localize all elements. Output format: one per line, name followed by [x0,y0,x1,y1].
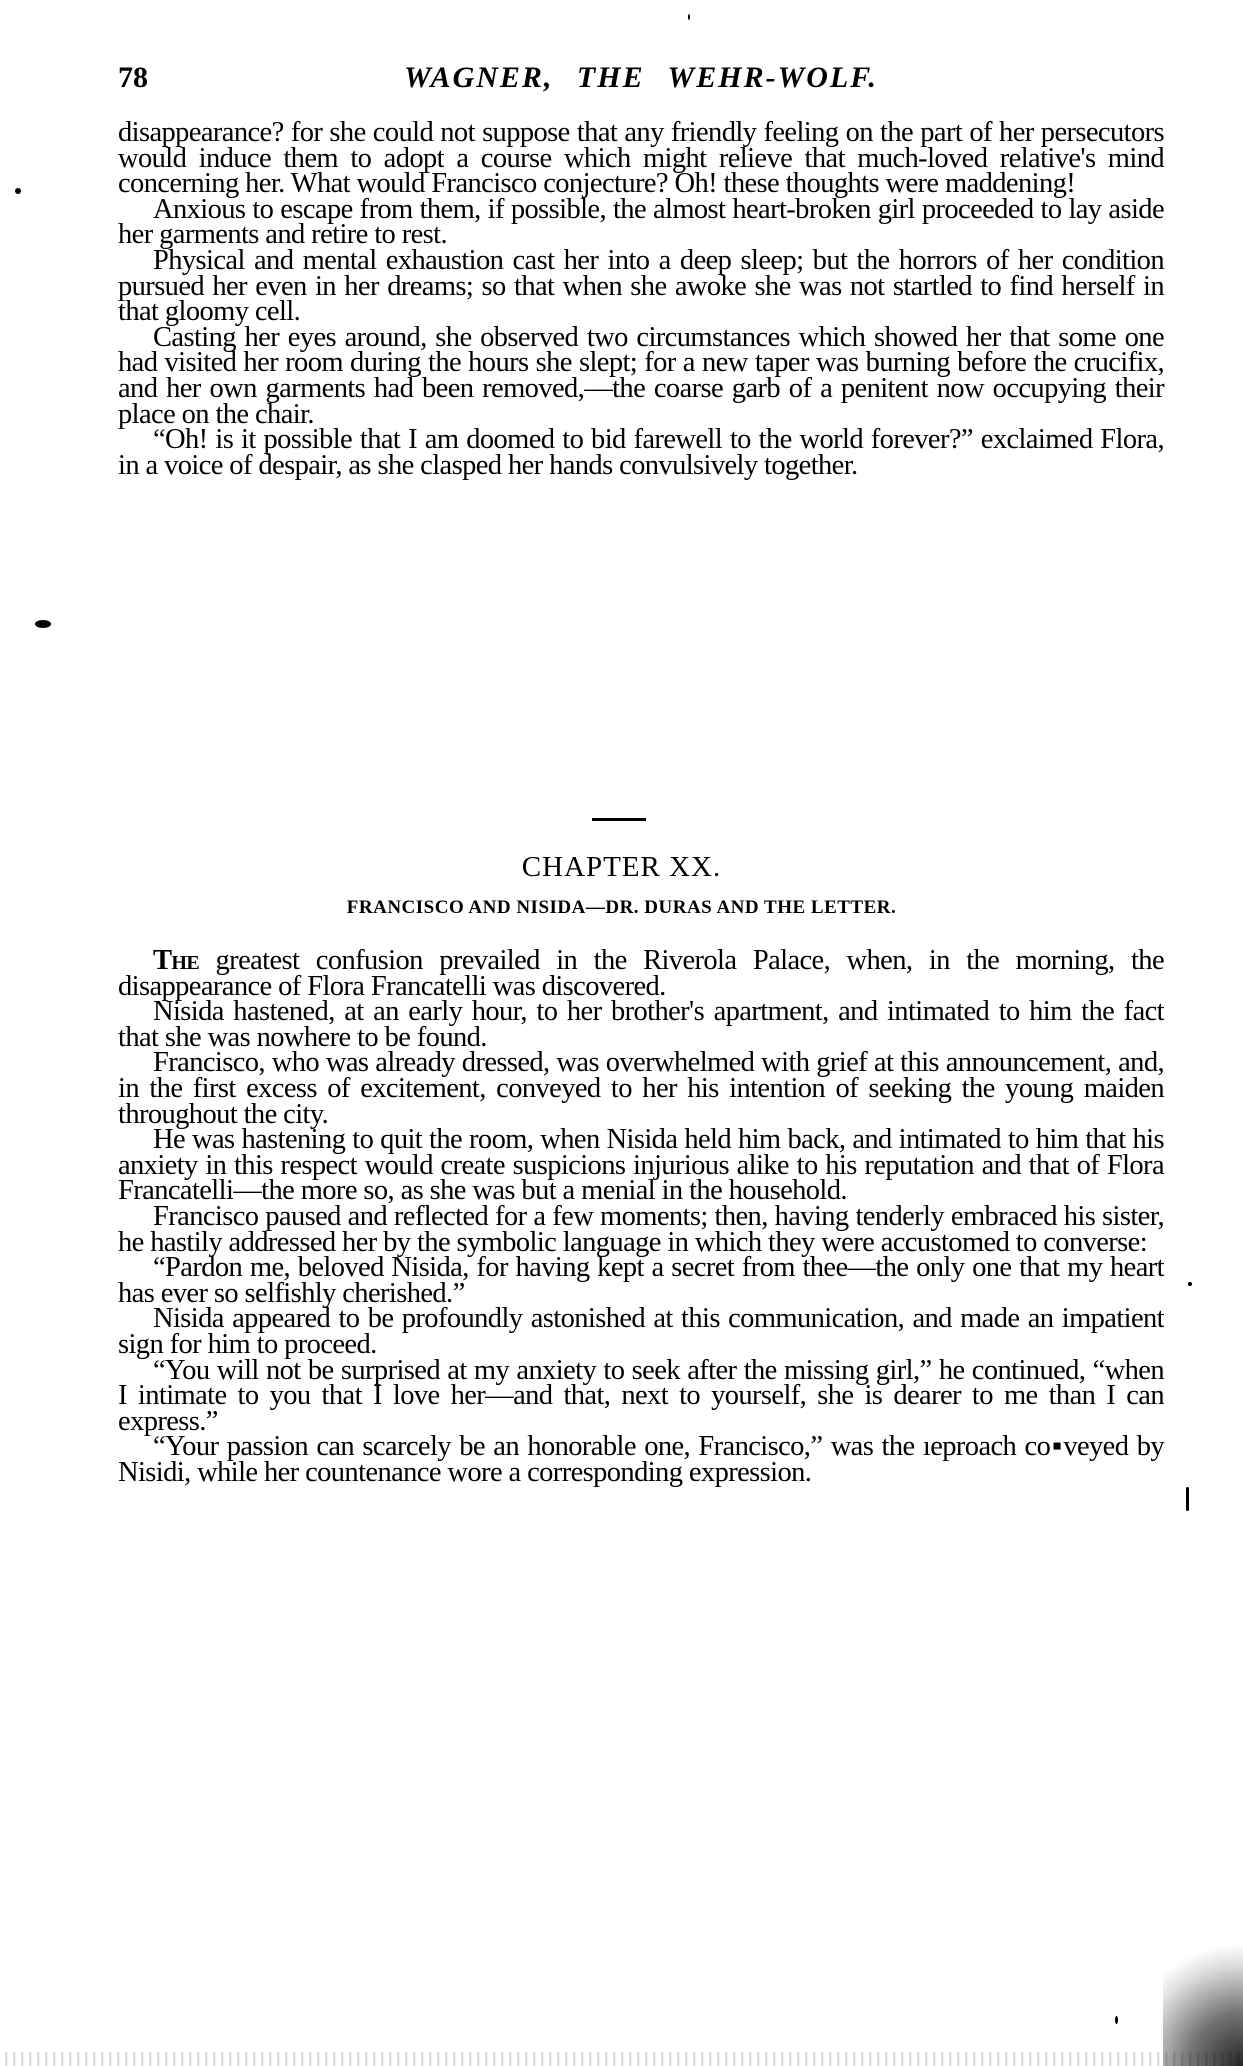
paragraph: He was hastening to quit the room, when … [118,1127,1164,1204]
paragraph: “Your passion can scarcely be an honorab… [118,1434,1164,1485]
paragraph: Francisco paused and reflected for a few… [118,1204,1164,1255]
running-title: WAGNER, THE WEHR-WOLF. [118,58,1164,98]
paragraph: Physical and mental exhaustion cast her … [118,248,1164,325]
paragraph: Nisida appeared to be profoundly astonis… [118,1306,1164,1357]
paragraph: Anxious to escape from them, if possible… [118,197,1164,248]
paragraph: “Pardon me, beloved Nisida, for having k… [118,1255,1164,1306]
chapter-text: The greatest confusion prevailed in the … [118,948,1164,1485]
paragraph: Nisida hastened, at an early hour, to he… [118,999,1164,1050]
section-divider-rule [592,818,646,821]
paragraph: Francisco, who was already dressed, was … [118,1050,1164,1127]
running-head: 78 WAGNER, THE WEHR-WOLF. [118,58,1164,98]
chapter-title: CHAPTER XX. [0,850,1243,884]
paragraph: “Oh! is it possible that I am doomed to … [118,427,1164,478]
scan-noise-corner [1163,1936,1243,2066]
scan-speck [35,620,51,628]
scan-speck [15,188,21,194]
previous-chapter-text: disappearance? for she could not suppose… [118,120,1164,478]
scan-speck [1188,1282,1192,1286]
scan-speck [1115,2016,1118,2024]
paragraph: “You will not be surprised at my anxiety… [118,1358,1164,1435]
paragraph-text: greatest confusion prevailed in the Rive… [118,945,1164,1002]
book-page: 78 WAGNER, THE WEHR-WOLF. disappearance?… [0,0,1243,2066]
chapter-subtitle: FRANCISCO AND NISIDA—DR. DURAS AND THE L… [0,896,1243,920]
paragraph: Casting her eyes around, she observed tw… [118,325,1164,427]
scan-noise-bottom [0,2052,1243,2066]
scan-speck [688,14,690,20]
paragraph: The greatest confusion prevailed in the … [118,948,1164,999]
scan-speck [1186,1487,1189,1511]
paragraph: disappearance? for she could not suppose… [118,120,1164,197]
